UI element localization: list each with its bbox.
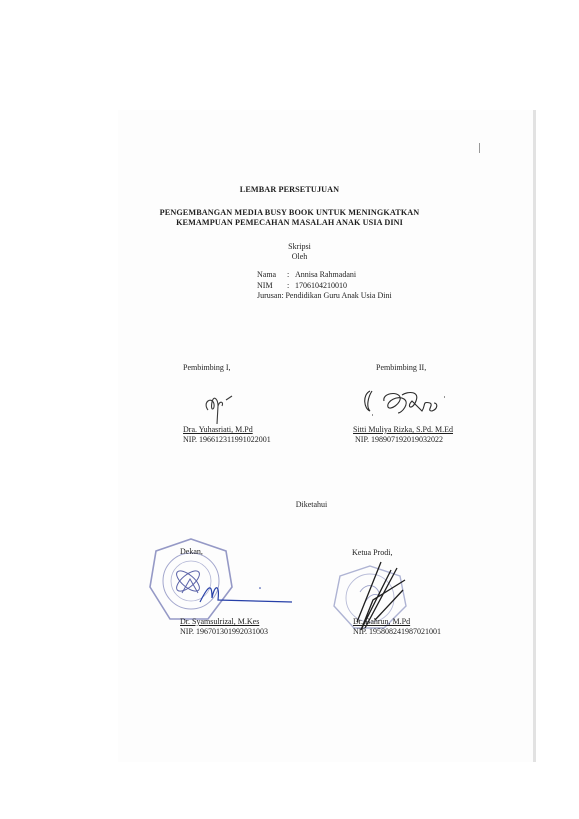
- thesis-title-line-2: KEMAMPUAN PEMECAHAN MASALAH ANAK USIA DI…: [0, 218, 579, 227]
- thesis-title-line-1: PENGEMBANGAN MEDIA BUSY BOOK UNTUK MENIN…: [0, 208, 579, 217]
- signature-supervisor-1: [200, 390, 240, 425]
- program-head-role: Ketua Prodi,: [352, 548, 392, 557]
- identity-label: NIM: [257, 281, 287, 292]
- supervisor-2-nip: NIP. 198907192019032022: [355, 435, 443, 444]
- dean-name: Dr. Syamsulrizal, M.Kes: [180, 617, 259, 626]
- student-identity: Nama : Annisa Rahmadani NIM : 1706104210…: [257, 270, 392, 302]
- signature-dean: [198, 578, 298, 608]
- supervisor-1-name: Dra. Yuhasriati, M.Pd: [183, 425, 253, 434]
- dean-nip: NIP. 196701301992031003: [180, 627, 268, 636]
- supervisor-1-nip: NIP. 196612311991022001: [183, 435, 271, 444]
- program-head-name: Dr. Bahrun, M.Pd: [353, 617, 410, 626]
- by-label: Oleh: [10, 252, 579, 261]
- identity-label: Nama: [257, 270, 287, 281]
- supervisor-2-role: Pembimbing II,: [376, 363, 426, 372]
- identity-value: 1706104210010: [295, 281, 347, 292]
- identity-value: Pendidikan Guru Anak Usia Dini: [285, 291, 391, 302]
- document-type: Skripsi: [10, 242, 579, 251]
- scan-artifact-mark: [479, 143, 480, 153]
- identity-name-row: Nama : Annisa Rahmadani: [257, 270, 392, 281]
- identity-major-row: Jurusan : Pendidikan Guru Anak Usia Dini: [257, 291, 392, 302]
- signature-supervisor-2: [360, 385, 460, 417]
- program-head-nip: NIP. 195808241987021001: [353, 627, 441, 636]
- identity-label: Jurusan: [257, 291, 281, 302]
- identity-value: Annisa Rahmadani: [295, 270, 356, 281]
- supervisor-1-role: Pembimbing I,: [183, 363, 231, 372]
- supervisor-2-name: Sitti Muliya Rizka, S.Pd. M.Ed: [353, 425, 453, 434]
- document-heading: LEMBAR PERSETUJUAN: [0, 185, 579, 194]
- dean-role: Dekan,: [180, 547, 203, 556]
- identity-nim-row: NIM : 1706104210010: [257, 281, 392, 292]
- acknowledged-label: Diketahui: [22, 500, 579, 509]
